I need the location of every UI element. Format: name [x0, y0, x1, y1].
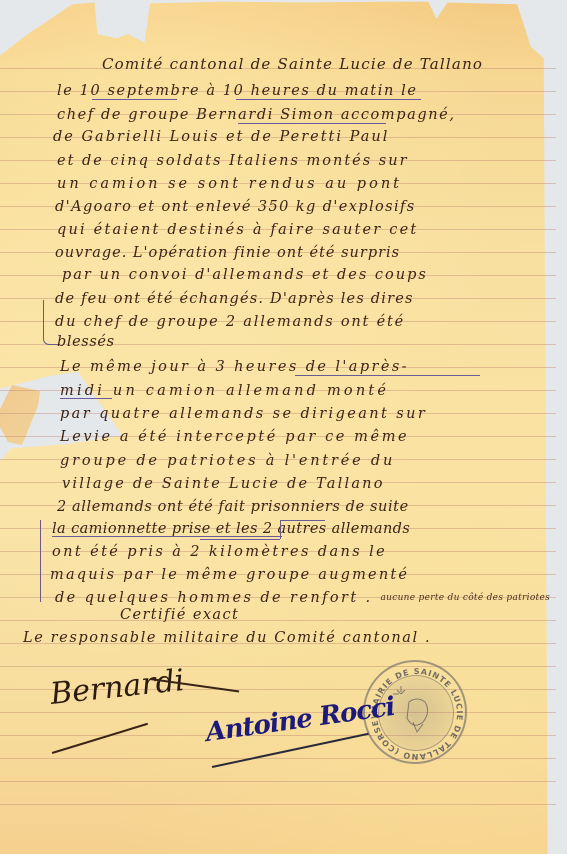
body-line: groupe de patriotes à l'entrée du — [60, 452, 395, 470]
body-line: un camion se sont rendus au pont — [57, 175, 402, 193]
body-line: chef de groupe Bernardi Simon accompagné… — [57, 106, 456, 124]
body-line: maquis par le même groupe augmenté — [50, 566, 409, 584]
margin-note: aucune perte du côté des patriotes — [290, 593, 550, 604]
body-line: ont été pris à 2 kilomètres dans le — [52, 543, 387, 561]
body-line: Levie a été intercepté par ce même — [60, 428, 409, 446]
body-line: de Gabrielli Louis et de Peretti Paul — [53, 128, 389, 146]
body-line: Le même jour à 3 heures de l'après- — [60, 358, 409, 376]
margin-bracket-camionnette — [40, 520, 41, 602]
certification: Certifié exact — [120, 606, 239, 624]
body-line: par un convoi d'allemands et des coups — [62, 266, 428, 284]
body-line: d'Agoaro et ont enlevé 350 kg d'explosif… — [55, 198, 416, 216]
body-line: par quatre allemands se dirigeant sur — [60, 405, 427, 423]
body-line: de feu ont été échangés. D'après les dir… — [55, 290, 414, 308]
body-line: qui étaient destinés à faire sauter cet — [57, 221, 418, 239]
document-heading: Comité cantonal de Sainte Lucie de Talla… — [102, 55, 483, 73]
body-line: blessés — [57, 333, 115, 351]
body-line: et de cinq soldats Italiens montés sur — [57, 152, 409, 170]
body-line: 2 allemands ont été fait prisonniers de … — [57, 498, 409, 516]
closing-line: Le responsable militaire du Comité canto… — [23, 629, 431, 647]
body-line: ouvrage. L'opération finie ont été surpr… — [55, 244, 400, 262]
body-line: du chef de groupe 2 allemands ont été — [55, 313, 405, 331]
body-line: le 10 septembre à 10 heures du matin le — [57, 82, 418, 100]
body-line: village de Sainte Lucie de Tallano — [62, 475, 385, 493]
